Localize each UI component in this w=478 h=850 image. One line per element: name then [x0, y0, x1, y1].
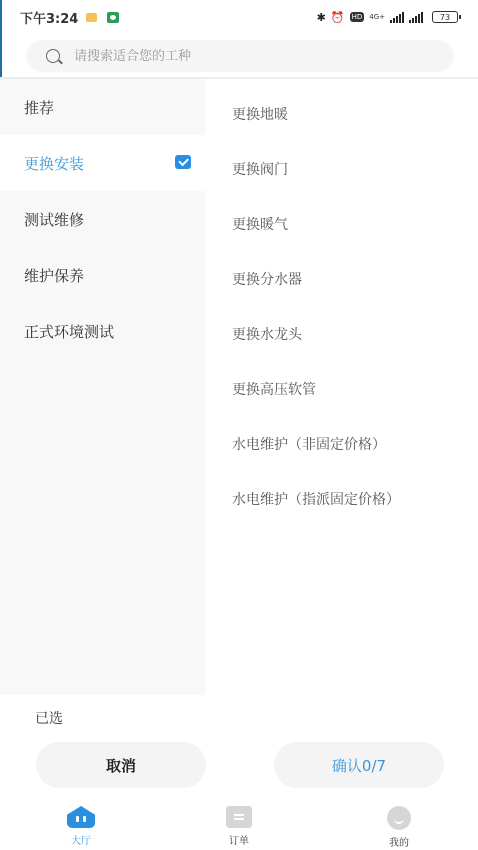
job-type-list: 更换地暖 更换阀门 更换暖气 更换分水器 更换水龙头 更换高压软管 水电维护（非… [205, 86, 478, 526]
list-item[interactable]: 水电维护（指派固定价格） [205, 471, 478, 526]
profile-icon [387, 806, 411, 830]
category-sidebar: 推荐 更换安装 测试维修 维护保养 正式环境测试 [0, 79, 205, 695]
category-item-replace-install[interactable]: 更换安装 [0, 135, 205, 191]
screen: 下午3:24 ✱ ⏰ HD 4G+ 73 推荐 更换安装 测试维修 维护保养 [0, 0, 478, 850]
tab-orders[interactable]: 订单 [209, 806, 269, 847]
hd-icon: HD [350, 12, 365, 22]
category-item-test-repair[interactable]: 测试维修 [0, 191, 205, 247]
status-time: 下午3:24 [20, 8, 78, 27]
battery-icon: 73 [432, 11, 458, 23]
category-item-maintenance[interactable]: 维护保养 [0, 247, 205, 303]
tab-label: 大厅 [71, 832, 91, 847]
selected-label: 已选 [35, 708, 63, 728]
list-item[interactable]: 更换阀门 [205, 141, 478, 196]
app-notification-icon [107, 12, 119, 23]
category-label: 正式环境测试 [24, 321, 114, 342]
home-icon [67, 806, 95, 828]
category-label: 维护保养 [24, 265, 84, 286]
network-type: 4G+ [369, 14, 385, 21]
category-label: 更换安装 [24, 153, 84, 174]
status-bar: 下午3:24 ✱ ⏰ HD 4G+ 73 [0, 0, 478, 34]
bluetooth-icon: ✱ [317, 11, 326, 24]
list-item[interactable]: 水电维护（非固定价格） [205, 416, 478, 471]
list-item[interactable]: 更换地暖 [205, 86, 478, 141]
signal-icon [390, 12, 404, 23]
order-icon [226, 806, 252, 828]
list-item[interactable]: 更换分水器 [205, 251, 478, 306]
tab-hall[interactable]: 大厅 [51, 806, 111, 847]
category-item-formal-env-test[interactable]: 正式环境测试 [0, 303, 205, 359]
search-input[interactable] [74, 49, 414, 64]
signal-icon-2 [409, 12, 423, 23]
status-right: ✱ ⏰ HD 4G+ 73 [317, 11, 458, 24]
message-notification-icon [86, 13, 97, 22]
list-item[interactable]: 更换高压软管 [205, 361, 478, 416]
tab-label: 订单 [229, 832, 249, 847]
category-item-recommend[interactable]: 推荐 [0, 79, 205, 135]
search-bar[interactable] [26, 40, 454, 72]
alarm-icon: ⏰ [331, 11, 345, 24]
checkbox-checked-icon[interactable] [175, 155, 191, 169]
search-icon [46, 49, 60, 63]
list-item[interactable]: 更换暖气 [205, 196, 478, 251]
category-label: 推荐 [24, 97, 54, 118]
confirm-button[interactable]: 确认0/7 [274, 742, 444, 788]
tab-profile[interactable]: 我的 [369, 806, 429, 849]
list-item[interactable]: 更换水龙头 [205, 306, 478, 361]
cancel-button[interactable]: 取消 [36, 742, 206, 788]
tab-label: 我的 [389, 834, 409, 849]
category-label: 测试维修 [24, 209, 84, 230]
